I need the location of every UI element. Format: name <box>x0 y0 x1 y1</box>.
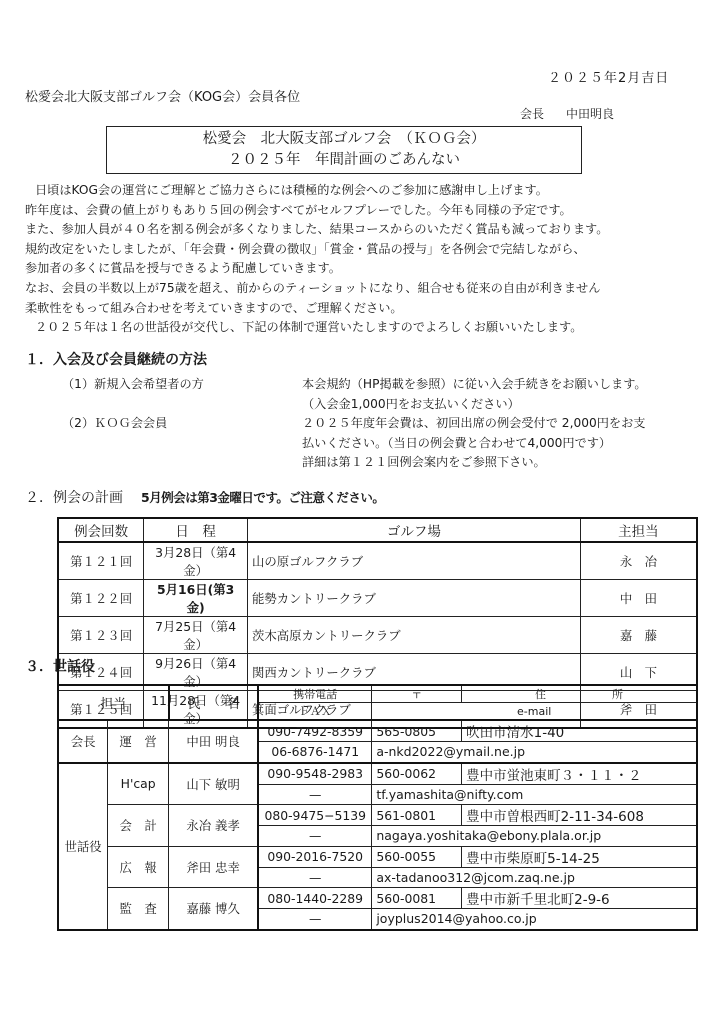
intro-paragraph: 日頃はKOG会の運営にご理解とご協力さらには積極的な例会へのご参加に感謝申し上げ… <box>25 181 715 201</box>
phone-cell: 090-9548-2983 <box>258 763 372 785</box>
role-cell: 会 計 <box>108 805 169 847</box>
postal-cell: 560-0081 <box>372 888 462 909</box>
staff-row: 広 報 斧田 忠幸 090-2016-7520 560-0055 豊中市柴原町5… <box>58 846 697 867</box>
role-cell: 監 査 <box>108 888 169 930</box>
staff-header-row-1: 担当 氏 名 携帯電話 〒 住 所 <box>58 685 697 703</box>
postal-cell: 561-0801 <box>372 805 462 826</box>
course-cell: 能勢カントリークラブ <box>247 580 580 617</box>
round-cell: 第１２２回 <box>58 580 144 617</box>
email-cell: nagaya.yoshitaka@ebony.plala.or.jp <box>372 826 697 847</box>
schedule-row: 第１２２回 5月16日(第3金) 能勢カントリークラブ 中 田 <box>58 580 697 617</box>
membership-item-existing: （2）ＫＯＧ会会員 ２０２５年度年会費は、初回出席の例会受付で 2,000円をお… <box>62 414 722 473</box>
address-cell: 豊中市柴原町5-14-25 <box>462 846 697 867</box>
role-cell: 広 報 <box>108 846 169 888</box>
staff-row: 世話役 H'cap 山下 敏明 090-9548-2983 560-0062 豊… <box>58 763 697 785</box>
col-header-course: ゴルフ場 <box>247 518 580 542</box>
email-cell: joyplus2014@yahoo.co.jp <box>372 909 697 930</box>
group-chair: 会長 <box>58 720 108 763</box>
col-header-lead: 主担当 <box>580 518 697 542</box>
course-cell: 茨木高原カントリークラブ <box>247 617 580 654</box>
staff-table: 担当 氏 名 携帯電話 〒 住 所 ＦＡＸ e-mail 会長 運 営 中田 明… <box>57 684 698 931</box>
postal-cell: 565-0805 <box>372 720 462 742</box>
role-cell: H'cap <box>108 763 169 805</box>
detail-line: 払いください。（当日の例会費と合わせて4,000円です） <box>302 434 722 454</box>
address-cell: 豊中市曽根西町2-11-34-608 <box>462 805 697 826</box>
fax-cell: — <box>258 909 372 930</box>
addressee: 松愛会北大阪支部ゴルフ会（KOG会）会員各位 <box>25 86 300 105</box>
round-cell: 第１２１回 <box>58 542 144 580</box>
intro-paragraph: また、参加人員が４０名を割る例会が多くなりました、結果コースからのいただく賞品も… <box>25 220 715 240</box>
name-cell: 山下 敏明 <box>169 763 259 805</box>
address-cell: 豊中市新千里北町2-9-6 <box>462 888 697 909</box>
fax-cell: 06-6876-1471 <box>258 742 372 763</box>
membership-detail: ２０２５年度年会費は、初回出席の例会受付で 2,000円をお支 払いください。（… <box>302 414 722 473</box>
col-header-postal: 〒 <box>372 685 462 703</box>
name-cell: 嘉藤 博久 <box>169 888 259 930</box>
date-cell: 7月25日（第4金） <box>144 617 248 654</box>
col-header-phone: 携帯電話 <box>258 685 372 703</box>
col-header-date: 日 程 <box>144 518 248 542</box>
phone-cell: 080-9475−5139 <box>258 805 372 826</box>
intro-paragraph: 柔軟性をもって組み合わせを考えていきますので、ご理解ください。 <box>25 299 715 319</box>
col-header-round: 例会回数 <box>58 518 144 542</box>
staff-row: 監 査 嘉藤 博久 080-1440-2289 560-0081 豊中市新千里北… <box>58 888 697 909</box>
section-1-heading: １．入会及び会員継続の方法 <box>25 349 207 369</box>
name-cell: 中田 明良 <box>169 720 259 763</box>
membership-methods: （1）新規入会希望者の方 本会規約（HP掲載を参照）に従い入会手続きをお願いしま… <box>62 375 722 473</box>
course-cell: 山の原ゴルフクラブ <box>247 542 580 580</box>
detail-line: （入会金1,000円をお支払いください） <box>302 395 722 415</box>
membership-detail: 本会規約（HP掲載を参照）に従い入会手続きをお願いします。 （入会金1,000円… <box>302 375 722 414</box>
intro-paragraph: 参加者の多くに賞品を授与できるよう配慮していきます。 <box>25 259 715 279</box>
postal-cell: 560-0055 <box>372 846 462 867</box>
name-cell: 斧田 忠幸 <box>169 846 259 888</box>
staff-row: 会 計 永冶 義孝 080-9475−5139 561-0801 豊中市曽根西町… <box>58 805 697 826</box>
postal-cell: 560-0062 <box>372 763 462 785</box>
schedule-header-row: 例会回数 日 程 ゴルフ場 主担当 <box>58 518 697 542</box>
phone-cell: 080-1440-2289 <box>258 888 372 909</box>
detail-line: 本会規約（HP掲載を参照）に従い入会手続きをお願いします。 <box>302 375 722 395</box>
phone-cell: 090-2016-7520 <box>258 846 372 867</box>
schedule-row: 第１２３回 7月25日（第4金） 茨木高原カントリークラブ 嘉 藤 <box>58 617 697 654</box>
membership-label: （1）新規入会希望者の方 <box>62 375 302 414</box>
date-cell: 3月28日（第4金） <box>144 542 248 580</box>
lead-cell: 永 冶 <box>580 542 697 580</box>
intro-paragraph: 昨年度は、会費の値上がりもあり５回の例会すべてがセルフプレーでした。今年も同様の… <box>25 201 715 221</box>
intro-text: 日頃はKOG会の運営にご理解とご協力さらには積極的な例会へのご参加に感謝申し上げ… <box>25 181 715 338</box>
phone-cell: 090-7492-8359 <box>258 720 372 742</box>
section-3-heading: ３．世話役 <box>25 656 95 676</box>
staff-row: 会長 運 営 中田 明良 090-7492-8359 565-0805 吹田市清… <box>58 720 697 742</box>
document-date: ２０２５年2月吉日 <box>548 67 669 86</box>
sender-title: 会長 <box>520 107 544 121</box>
role-cell: 運 営 <box>108 720 169 763</box>
detail-line: ２０２５年度年会費は、初回出席の例会受付で 2,000円をお支 <box>302 414 722 434</box>
section-2-note: 5月例会は第3金曜日です。ご注意ください。 <box>141 490 384 505</box>
membership-label: （2）ＫＯＧ会会員 <box>62 414 302 473</box>
date-cell-highlight: 5月16日(第3金) <box>144 580 248 617</box>
col-header-fax: ＦＡＸ <box>258 703 372 721</box>
title-line-1: 松愛会 北大阪支部ゴルフ会 （ＫＯＧ会） <box>107 129 581 150</box>
address-cell: 豊中市蛍池東町３・１１・２ <box>462 763 697 785</box>
email-cell: a-nkd2022@ymail.ne.jp <box>372 742 697 763</box>
section-2-title: ２．例会の計画 <box>25 490 123 506</box>
col-header-name: 氏 名 <box>169 685 259 720</box>
name-cell: 永冶 義孝 <box>169 805 259 847</box>
schedule-row: 第１２１回 3月28日（第4金） 山の原ゴルフクラブ 永 冶 <box>58 542 697 580</box>
lead-cell: 中 田 <box>580 580 697 617</box>
detail-line: 詳細は第１２１回例会案内をご参照下さい。 <box>302 453 722 473</box>
intro-paragraph: なお、会員の半数以上が75歳を超え、前からのティーショットになり、組合せも従来の… <box>25 279 715 299</box>
section-2-heading: ２．例会の計画5月例会は第3金曜日です。ご注意ください。 <box>25 487 384 507</box>
email-cell: tf.yamashita@nifty.com <box>372 784 697 805</box>
title-box: 松愛会 北大阪支部ゴルフ会 （ＫＯＧ会） ２０２５年 年間計画のごあんない <box>106 126 582 174</box>
sender: 会長中田明良 <box>520 105 614 122</box>
membership-item-new: （1）新規入会希望者の方 本会規約（HP掲載を参照）に従い入会手続きをお願いしま… <box>62 375 722 414</box>
col-header-role: 担当 <box>58 685 169 720</box>
address-cell: 吹田市清水1-40 <box>462 720 697 742</box>
intro-paragraph: 規約改定をいたしましたが、「年会費・例会費の徴収」「賞金・賞品の授与」を各例会で… <box>25 240 715 260</box>
intro-paragraph: ２０２５年は１名の世話役が交代し、下記の体制で運営いたしますのでよろしくお願いい… <box>25 318 715 338</box>
round-cell: 第１２３回 <box>58 617 144 654</box>
title-line-2: ２０２５年 年間計画のごあんない <box>107 150 581 171</box>
col-header-address: 住 所 <box>462 685 697 703</box>
fax-cell: — <box>258 784 372 805</box>
group-staff: 世話役 <box>58 763 108 930</box>
email-cell: ax-tadanoo312@jcom.zaq.ne.jp <box>372 867 697 888</box>
fax-cell: — <box>258 867 372 888</box>
fax-cell: — <box>258 826 372 847</box>
col-header-email: e-mail <box>372 703 697 721</box>
lead-cell: 嘉 藤 <box>580 617 697 654</box>
sender-name: 中田明良 <box>566 107 614 121</box>
